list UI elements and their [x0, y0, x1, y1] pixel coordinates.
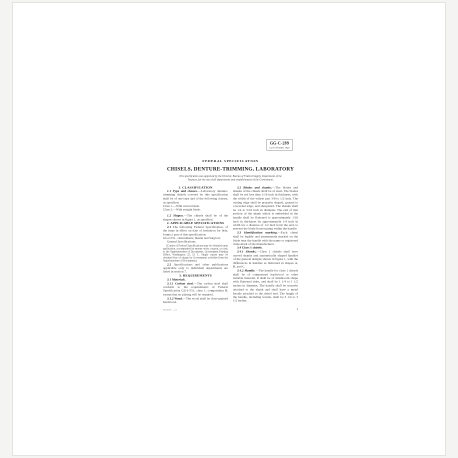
doc-block: 3.3 Identification marking.—Each chisel … [233, 231, 298, 246]
doc-block: 2.1 The following Federal Specification,… [163, 225, 228, 236]
doc-block: 1.1 Type and classes.—Laboratory denture… [163, 189, 228, 204]
page-footer: 905608°—51 1 [163, 308, 298, 311]
two-column-layout: 1. CLASSIFICATION 1.1 Type and classes.—… [163, 185, 298, 304]
block-text: The following Federal Specification, of … [163, 225, 228, 236]
doc-block: Class 2.—With straight blade. [163, 208, 228, 212]
page-title: CHISELS, DENTURE-TRIMMING, LABORATORY [163, 166, 298, 172]
doc-block: 1.2 Shapes.—The chisels shall be of the … [163, 214, 228, 222]
doc-block: GG-I-551—Instruments; Dental and Surgica… [163, 237, 228, 244]
doc-block: (Copies of Federal Specifications may be… [163, 244, 228, 263]
document-body: GG-C-289 14 OCTOBER 1948 FEDERAL SPECIFI… [163, 139, 298, 311]
column-left: 1. CLASSIFICATION 1.1 Type and classes.—… [163, 185, 228, 304]
doc-block: 3.4.2 Handle.—The handle for class 1 chi… [233, 269, 298, 303]
spec-date: 14 OCTOBER 1948 [269, 147, 289, 149]
column-right: 3.2 Blades and shanks.—The blades and sh… [233, 185, 298, 304]
print-code: 905608°—51 [163, 308, 177, 311]
spec-number: GG-C-289 [269, 141, 289, 146]
block-text: —The handle for class 1 chisels shall be… [233, 269, 298, 303]
block-text: —The blades and shanks of the chisels sh… [233, 185, 298, 230]
approval-note-line2: Treasury, for the use of all departments… [163, 178, 298, 181]
block-text: Class 2.—With straight blade. [163, 208, 201, 211]
doc-block: 3.1.2 Wood.—The wood shall be clear-grai… [163, 297, 228, 305]
page-number: 1 [296, 308, 298, 311]
spec-kicker: FEDERAL SPECIFICATION [163, 159, 298, 163]
doc-block: 3.1.1 Carbon steel.—The carbon steel sha… [163, 282, 228, 297]
document-content-wrapper: GG-C-289 14 OCTOBER 1948 FEDERAL SPECIFI… [0, 0, 458, 458]
doc-block: 2.2 Specifications and other publication… [163, 263, 228, 274]
doc-block: 3.4.1 Shanks.—Class 1 chisels shall have… [233, 250, 298, 269]
block-text: —Class 1 chisels shall have curved shank… [233, 250, 298, 269]
approval-note: This specification was approved by the D… [163, 175, 298, 182]
block-text: (Copies of Federal Specifications may be… [163, 244, 228, 263]
doc-block: 3.2 Blades and shanks.—The blades and sh… [233, 185, 298, 230]
spec-number-box: GG-C-289 14 OCTOBER 1948 [266, 139, 292, 150]
block-text: Specifications and other publications ap… [163, 263, 228, 274]
screenshot-canvas: GG-C-289 14 OCTOBER 1948 FEDERAL SPECIFI… [0, 0, 458, 458]
block-text: GG-I-551—Instruments; Dental and Surgica… [163, 237, 220, 244]
